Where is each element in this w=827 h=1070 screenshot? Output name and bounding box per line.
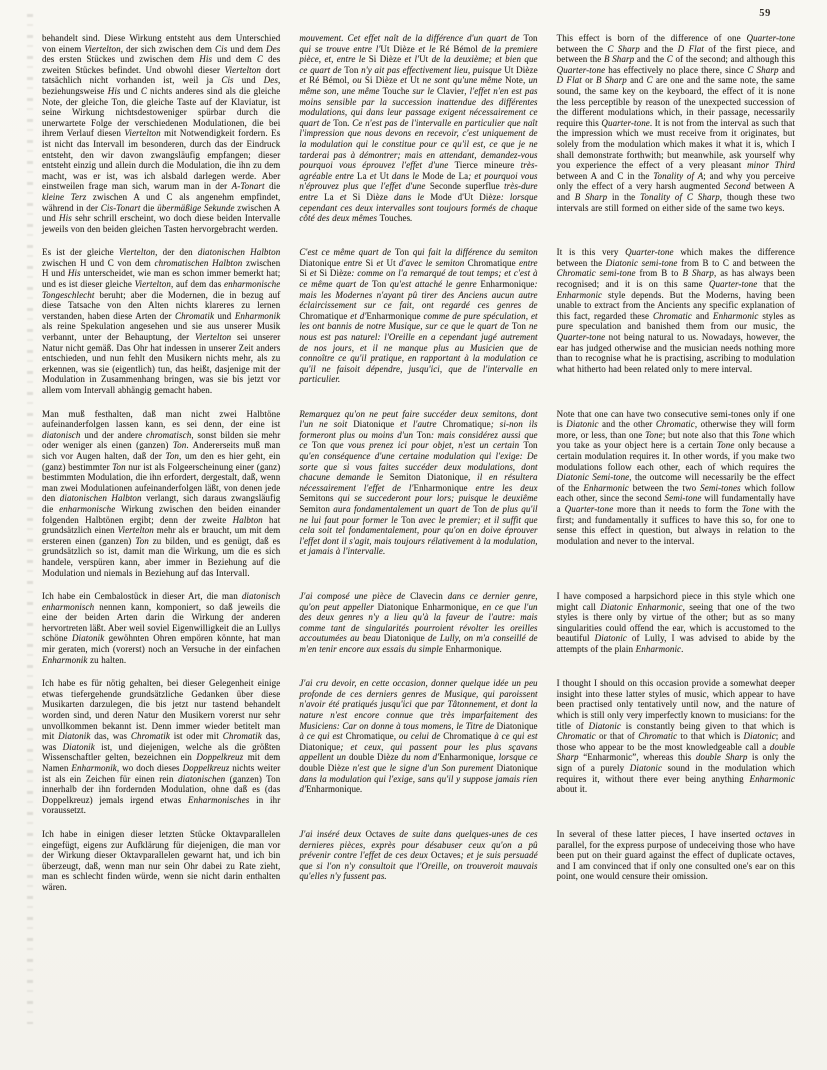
gutter-scan-artifact (27, 14, 33, 1024)
scanned-book-page: 59 behandelt sind. Diese Wirkung entsteh… (0, 0, 827, 1070)
paragraph: Ich habe in einigen dieser letzten Stück… (42, 829, 280, 893)
page-number: 59 (759, 8, 771, 19)
paragraph: mouvement. Cet effet naît de la différen… (299, 33, 537, 224)
paragraph: Man muß festhalten, daß man nicht zwei H… (42, 409, 280, 579)
paragraph: This effect is born of the difference of… (557, 33, 795, 213)
paragraph: J'ai inséré deux Octaves de suite dans q… (299, 829, 537, 882)
paragraph: I thought I should on this occasion prov… (557, 678, 795, 795)
paragraph: It is this very Quarter-tone which makes… (557, 247, 795, 374)
three-column-text-grid: behandelt sind. Diese Wirkung entsteht a… (42, 33, 795, 893)
paragraph: Ich habe es für nötig gehalten, bei dies… (42, 678, 280, 816)
paragraph: Remarquez qu'on ne peut faire succéder d… (299, 409, 537, 557)
paragraph: J'ai composé une pièce de Clavecin dans … (299, 591, 537, 655)
paragraph: Note that one can have two consecutive s… (557, 409, 795, 547)
paragraph: Es ist der gleiche Viertelton, der den d… (42, 247, 280, 395)
paragraph: C'est ce même quart de Ton qui fait la d… (299, 247, 537, 385)
paragraph: In several of these latter pieces, I hav… (557, 829, 795, 882)
paragraph: J'ai cru devoir, en cette occasion, donn… (299, 678, 537, 795)
paragraph: behandelt sind. Diese Wirkung entsteht a… (42, 33, 280, 234)
paragraph: I have composed a harpsichord piece in t… (557, 591, 795, 655)
paragraph: Ich habe ein Cembalostück in dieser Art,… (42, 591, 280, 665)
